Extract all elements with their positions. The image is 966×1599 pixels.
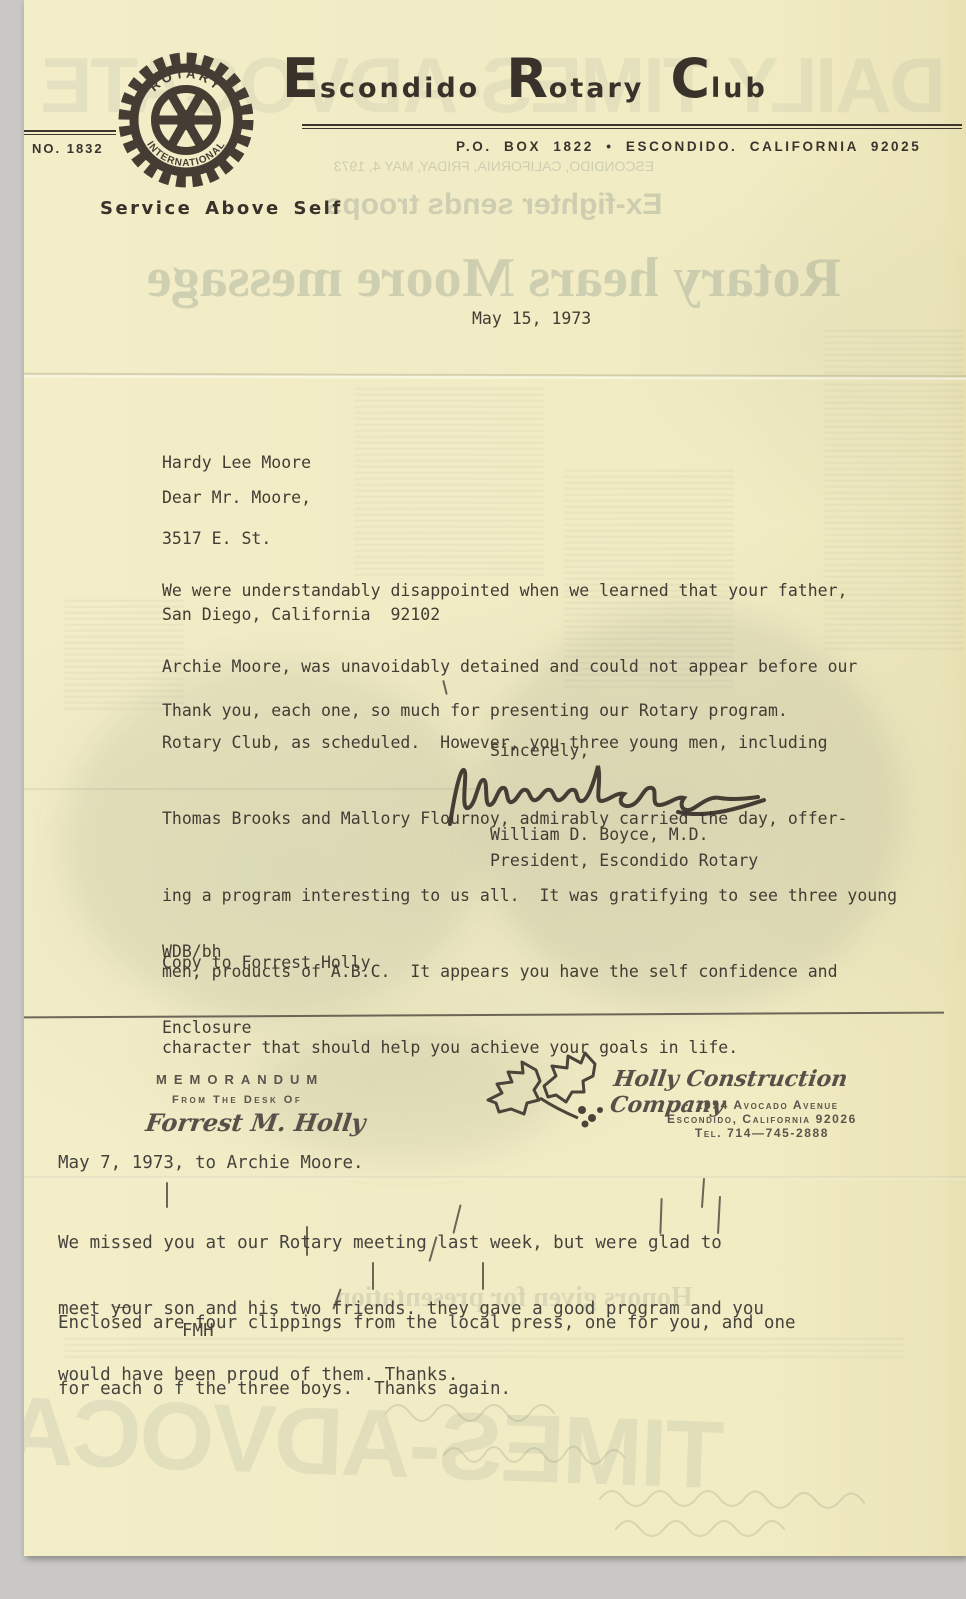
title-text: otary	[549, 73, 645, 104]
pen-mark	[306, 1226, 308, 1256]
memo-from-label: From The Desk Of	[172, 1094, 302, 1106]
copy-line: Copy to Forrest Holly	[162, 950, 371, 975]
body-line: ing a program interesting to us all. It …	[162, 883, 897, 908]
pen-underline	[110, 1300, 134, 1308]
company-address-1: · 1094 Avocado Avenue	[612, 1098, 912, 1112]
header-rule-right	[302, 124, 962, 129]
body-line: Archie Moore, was unavoidably detained a…	[162, 654, 897, 679]
rotary-wheel-logo: ROTARY INTERNATIONAL	[116, 50, 256, 190]
title-initial: E	[282, 52, 320, 106]
slogan: Service Above Self	[100, 198, 343, 219]
salutation: Dear Mr. Moore,	[162, 485, 311, 510]
pen-mark	[372, 1262, 374, 1290]
letter-paper: DAILY TIMES-ADVOCATE ESCONDIDO, CALIFORN…	[24, 0, 966, 1556]
company-phone: Tel. 714—745-2888	[612, 1126, 912, 1140]
club-title: E scondido R otary C lub	[282, 52, 768, 106]
closing-line: Thank you, each one, so much for present…	[162, 698, 788, 723]
memo-initials: FMH	[182, 1320, 214, 1342]
bleedthrough-headline-large: Rotary hears Moore message	[34, 246, 954, 310]
body-line: We were understandably disappointed when…	[162, 578, 897, 603]
memo-date-line: May 7, 1973, to Archie Moore.	[58, 1152, 364, 1174]
memo-line: for each o f the three boys. Thanks agai…	[58, 1378, 796, 1400]
enclosure-note: Enclosure	[162, 1015, 251, 1040]
memo-from-name: Forrest M. Holly	[144, 1108, 367, 1137]
memorandum-label: MEMORANDUM	[156, 1072, 324, 1087]
bleedthrough-dateline: ESCONDIDO, CALIFORNIA, FRIDAY, MAY 4, 19…	[254, 158, 734, 174]
memo-paragraph-2: Enclosed are four clippings from the loc…	[58, 1268, 796, 1444]
title-text: lub	[711, 73, 768, 104]
holly-leaf-icon	[482, 1048, 617, 1138]
pen-mark	[166, 1182, 168, 1208]
memo-line: Enclosed are four clippings from the loc…	[58, 1312, 796, 1334]
company-address-2: Escondido, California 92026	[612, 1112, 912, 1126]
club-number: NO. 1832	[32, 141, 104, 156]
po-box-line: P.O. BOX 1822 • ESCONDIDO. CALIFORNIA 92…	[456, 139, 921, 154]
recipient-line: Hardy Lee Moore	[162, 450, 440, 475]
scanned-document: DAILY TIMES-ADVOCATE ESCONDIDO, CALIFORN…	[0, 0, 966, 1599]
letter-date: May 15, 1973	[472, 306, 591, 331]
header-rule-left	[24, 130, 116, 135]
title-initial: C	[670, 52, 711, 106]
reference-block: WDB/bh Enclosure	[162, 888, 251, 1091]
signer-title: President, Escondido Rotary	[490, 848, 758, 873]
pen-mark	[482, 1262, 484, 1290]
title-text: scondido	[320, 73, 480, 104]
memo-line: We missed you at our Rotary meeting last…	[58, 1232, 764, 1254]
signer-name: William D. Boyce, M.D.	[490, 822, 709, 847]
title-initial: R	[506, 52, 549, 106]
